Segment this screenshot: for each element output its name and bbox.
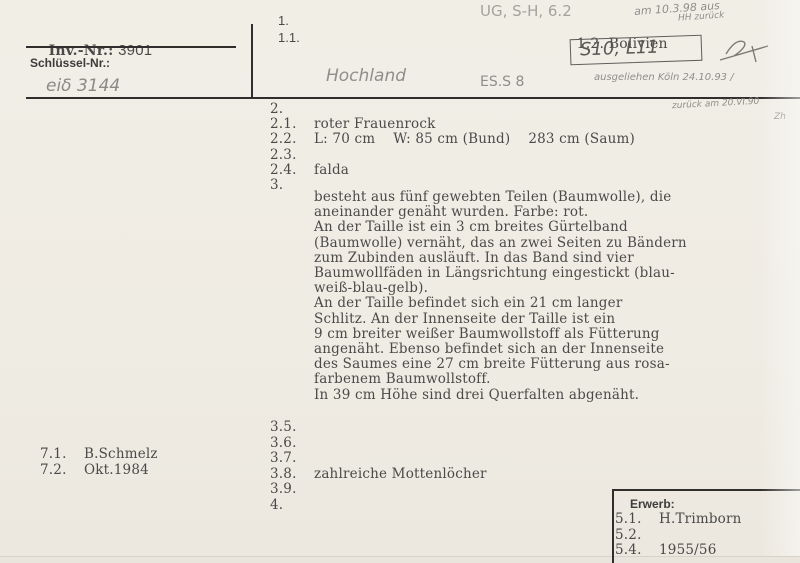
description-line: (Baumwolle) vernäht, das an zwei Seiten … [314,236,687,251]
section-3-row: 3.9. [270,482,487,498]
description-line: An der Taille befindet sich ein 21 cm la… [314,296,687,311]
acquisition-left-rule [612,489,614,563]
description-line: In 39 cm Höhe sind drei Querfalten abgen… [314,388,687,403]
field-number: 3.6. [270,436,314,452]
handwritten-location: UG, S-H, 6.2 [480,2,572,20]
description-line: An der Taille ist ein 3 cm breites Gürte… [314,220,687,235]
field-number: 3. [270,178,314,193]
description-text: besteht aus fünf gewebten Teilen (Baumwo… [314,190,687,403]
description-line: Schlitz. An der Innenseite der Taille is… [314,312,687,327]
field-number: 3.8. [270,467,314,483]
field-number: 7.1. [40,447,84,463]
handwritten-code: ES.S 8 [480,74,524,90]
field-number: 2.4. [270,163,314,178]
field-value: H.Trimborn [659,511,742,527]
handwritten-initials: Zh [774,112,786,122]
section-3-row: 3.8.zahlreiche Mottenlöcher [270,467,487,483]
field-number: 5.2. [615,528,659,544]
header-horizontal-rule [26,97,800,99]
section-7-row: 7.2.Okt.1984 [40,463,158,479]
section-3-details: 3.5.3.6.3.7.3.8.zahlreiche Mottenlöcher3… [270,420,487,514]
description-line: farbenem Baumwollstoff. [314,372,687,387]
acquisition-label: Erwerb: [630,497,675,511]
field-number: 5.4. [615,543,659,559]
acquisition-top-rule [612,489,800,491]
section-3-row: 3.6. [270,436,487,452]
header-vertical-divider [251,24,253,98]
field-number: 2. [270,102,314,117]
handwritten-lent: ausgeliehen Köln 24.10.93 / [594,72,734,83]
acquisition-row: 5.1.H.Trimborn [615,512,742,528]
section-2-row: 2.2.L: 70 cm W: 85 cm (Bund) 283 cm (Sau… [270,132,635,147]
field-value: zahlreiche Mottenlöcher [314,466,487,482]
field-number: 3.5. [270,420,314,436]
field-1-1-num: 1.1. [278,30,300,45]
description-line: aneinander genäht wurden. Farbe: rot. [314,205,687,220]
handwritten-region: Hochland [326,66,406,86]
description-line: 9 cm breiter weißer Baumwollstoff als Fü… [314,327,687,342]
section-2-row: 2. [270,102,635,117]
section-2-row: 2.3. [270,148,635,163]
acquisition-row: 5.2. [615,528,742,544]
section-3-row: 3.7. [270,451,487,467]
section-2-row: 2.4.falda [270,163,635,178]
field-number: 3.7. [270,451,314,467]
field-number: 5.1. [615,512,659,528]
section-2: 2.2.1.roter Frauenrock2.2.L: 70 cm W: 85… [270,102,635,193]
inventory-underline [26,46,236,48]
section-2-row: 2.1.roter Frauenrock [270,117,635,132]
field-number: 2.2. [270,132,314,147]
field-value: falda [314,162,349,178]
field-number: 7.2. [40,463,84,479]
inventory-value: 3901 [118,42,152,59]
description-line: angenäht. Ebenso befindet sich an der In… [314,342,687,357]
field-number: 4. [270,498,314,514]
handwritten-boxed-code: S10, L11 [580,37,659,61]
description-line: zum Zubinden ausläuft. In das Band sind … [314,251,687,266]
handwritten-scribble-icon [716,34,776,64]
section-7-recorder: 7.1.B.Schmelz7.2.Okt.1984 [40,447,158,478]
section-7-row: 7.1.B.Schmelz [40,447,158,463]
section-3-row: 4. [270,498,487,514]
acquisition-rows: 5.1.H.Trimborn5.2.5.4.1955/56 [615,512,742,559]
field-value: B.Schmelz [84,446,158,462]
description-line: besteht aus fünf gewebten Teilen (Baumwo… [314,190,687,205]
description-line: Baumwollfäden in Längsrichtung eingestic… [314,266,687,281]
acquisition-row: 5.4.1955/56 [615,543,742,559]
field-1-num: 1. [278,13,289,28]
key-number-label: Schlüssel-Nr.: [30,56,110,70]
field-number: 2.3. [270,148,314,163]
field-number: 3.9. [270,482,314,498]
description-line: des Saumes eine 27 cm breite Fütterung a… [314,357,687,372]
handwritten-note-top2: HH zurück [678,10,725,23]
section-3-row: 3.5. [270,420,487,436]
field-value: roter Frauenrock [314,116,436,132]
field-number: 2.1. [270,117,314,132]
field-value: L: 70 cm W: 85 cm (Bund) 283 cm (Saum) [314,131,635,147]
description-line: weiß-blau-gelb). [314,281,687,296]
key-number-value: eiẟ 3144 [46,76,120,96]
field-value: 1955/56 [659,542,716,558]
index-card: Inv.-Nr.: 3901 Schlüssel-Nr.: eiẟ 3144 1… [0,0,800,557]
field-value: Okt.1984 [84,462,149,478]
